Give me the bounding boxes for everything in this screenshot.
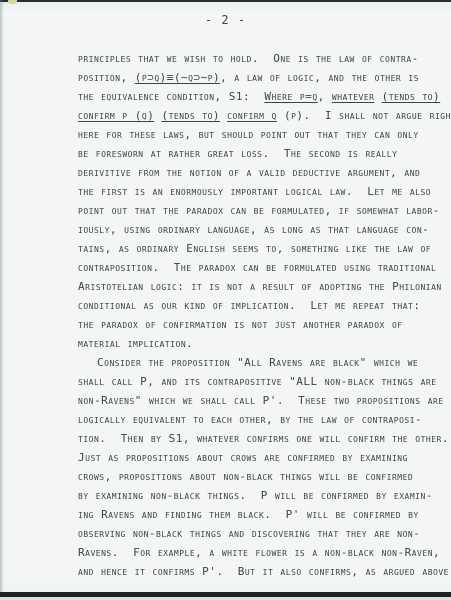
- text-line: be foresworn at rather great loss. The s…: [78, 144, 444, 163]
- scan-edge-left: [0, 0, 4, 600]
- text-line: non-Ravens" which we shall call P'. Thes…: [78, 391, 444, 410]
- text-segment: material implication.: [78, 337, 193, 350]
- text-line: tion. Then by S1, whatever confirms one …: [78, 429, 444, 448]
- text-line: shall call P, and its contrapositive "AL…: [78, 372, 444, 391]
- text-line: conditional as our kind of implication. …: [78, 296, 444, 315]
- underlined-text: (tends to): [382, 90, 441, 103]
- text-line: iously, using ordinary language, as long…: [78, 220, 444, 239]
- text-segment: ,: [318, 90, 332, 103]
- text-segment: and hence it confirms P'. But it also co…: [78, 565, 451, 578]
- text-line: material implication.: [78, 334, 444, 353]
- text-segment: logically equivalent to each other, by t…: [78, 413, 422, 426]
- text-segment: the equivalence condition, S1:: [78, 90, 264, 103]
- text-line: by examining non-black things. P will be…: [78, 486, 444, 505]
- text-line: here for these laws, but should point ou…: [78, 125, 444, 144]
- text-line: position, (p⊃q)≡(∼q⊃∼p), a law of logic,…: [78, 68, 444, 87]
- text-segment: the first is an enormously important log…: [78, 185, 431, 198]
- text-line: point out that the paradox can be formul…: [78, 201, 444, 220]
- text-line: the equivalence condition, S1: Where p=q…: [78, 87, 444, 106]
- underlined-text: whatever: [332, 90, 375, 103]
- text-line: principles that we wish to hold. One is …: [78, 49, 444, 68]
- text-segment: , a law of logic, and the other is: [220, 71, 419, 84]
- document-body: principles that we wish to hold. One is …: [78, 49, 444, 581]
- text-segment: [374, 90, 381, 103]
- text-line: Aristotelian logic: it is not a result o…: [78, 277, 444, 296]
- text-segment: conditional as our kind of implication. …: [78, 299, 420, 312]
- text-segment: tion. Then by S1, whatever confirms one …: [78, 432, 449, 445]
- underlined-text: (tends to): [161, 109, 220, 122]
- text-segment: (p). I shall not argue right: [277, 109, 451, 122]
- text-segment: point out that the paradox can be formul…: [78, 204, 440, 217]
- text-line: Ravens. For example, a white flower is a…: [78, 543, 444, 562]
- underlined-text: confirm q: [227, 109, 277, 122]
- text-segment: Aristotelian logic: it is not a result o…: [78, 280, 442, 293]
- text-segment: ing Ravens and finding them black. P' wi…: [78, 508, 419, 521]
- scanned-page: - 2 - principles that we wish to hold. O…: [0, 0, 451, 600]
- text-segment: Consider the proposition "All Ravens are…: [97, 356, 418, 369]
- text-segment: Ravens. For example, a white flower is a…: [78, 546, 440, 559]
- underlined-text: Where p=q: [264, 90, 317, 103]
- scan-edge-top: [0, 0, 451, 2]
- text-line: observing non-black things and discoveri…: [78, 524, 444, 543]
- text-segment: observing non-black things and discoveri…: [78, 527, 420, 540]
- text-line: the paradox of confirmation is not just …: [78, 315, 444, 334]
- page-number: - 2 -: [0, 13, 451, 27]
- text-segment: principles that we wish to hold. One is …: [78, 52, 419, 65]
- text-segment: Just as propositions about crows are con…: [78, 451, 408, 464]
- text-segment: crows, propositions about non-black thin…: [78, 470, 413, 483]
- text-segment: derivitive from the notion of a valid de…: [78, 166, 420, 179]
- text-segment: the paradox of confirmation is not just …: [78, 318, 403, 331]
- text-line: ing Ravens and finding them black. P' wi…: [78, 505, 444, 524]
- text-line: derivitive from the notion of a valid de…: [78, 163, 444, 182]
- underlined-text: (p⊃q)≡(∼q⊃∼p): [135, 71, 220, 84]
- text-segment: shall call P, and its contrapositive "AL…: [78, 375, 437, 388]
- text-line: Just as propositions about crows are con…: [78, 448, 444, 467]
- text-segment: be foresworn at rather great loss. The s…: [78, 147, 397, 160]
- text-line: tains, as ordinary English seems to, som…: [78, 239, 444, 258]
- underlined-text: confirm p (q): [78, 109, 154, 122]
- text-line: and hence it confirms P'. But it also co…: [78, 562, 444, 581]
- text-segment: contraposition. The paradox can be formu…: [78, 261, 436, 274]
- text-line: Consider the proposition "All Ravens are…: [78, 353, 444, 372]
- text-segment: non-Ravens" which we shall call P'. Thes…: [78, 394, 444, 407]
- text-segment: by examining non-black things. P will be…: [78, 489, 433, 502]
- text-line: contraposition. The paradox can be formu…: [78, 258, 444, 277]
- text-line: confirm p (q) (tends to) confirm q (p). …: [78, 106, 444, 125]
- text-line: crows, propositions about non-black thin…: [78, 467, 444, 486]
- text-line: logically equivalent to each other, by t…: [78, 410, 444, 429]
- text-segment: position,: [78, 71, 135, 84]
- text-segment: here for these laws, but should point ou…: [78, 128, 419, 141]
- scan-artifact-speck: [8, 0, 17, 4]
- text-segment: tains, as ordinary English seems to, som…: [78, 242, 431, 255]
- text-segment: iously, using ordinary language, as long…: [78, 223, 429, 236]
- text-line: the first is an enormously important log…: [78, 182, 444, 201]
